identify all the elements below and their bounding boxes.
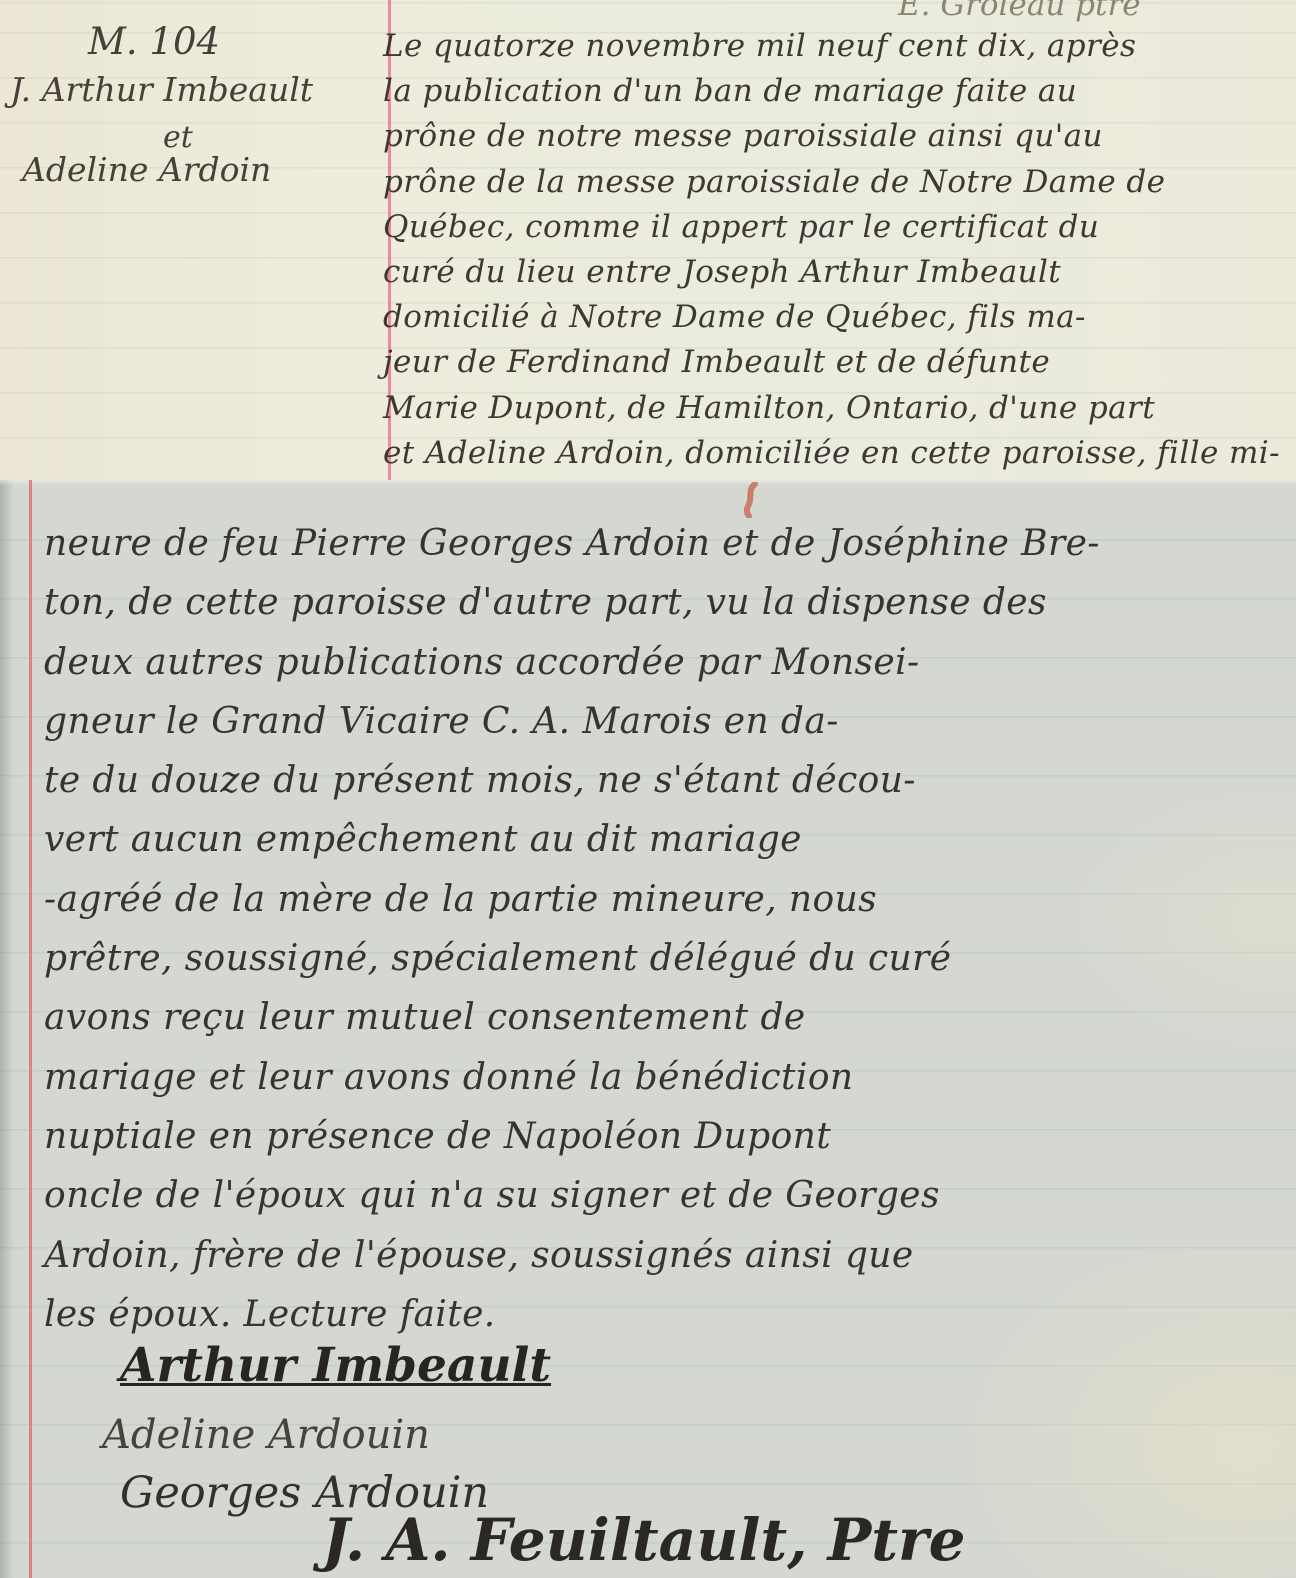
entry-line: prône de notre messe paroissiale ainsi q…	[383, 114, 1295, 159]
entry-line: -agréé de la mère de la partie mineure, …	[44, 870, 1284, 929]
entry-line: neure de feu Pierre Georges Ardoin et de…	[44, 514, 1284, 573]
register-section-bottom: neure de feu Pierre Georges Ardoin et de…	[0, 480, 1296, 1578]
entry-line: mariage et leur avons donné la bénédicti…	[44, 1048, 1284, 1107]
register-section-top: M. 104 J. Arthur Imbeault et Adeline Ard…	[0, 0, 1296, 480]
entry-line: la publication d'un ban de mariage faite…	[383, 69, 1295, 114]
entry-text-top: Le quatorze novembre mil neuf cent dix, …	[383, 24, 1295, 476]
entry-line: prêtre, soussigné, spécialement délégué …	[44, 929, 1284, 988]
entry-line: jeur de Ferdinand Imbeault et de défunte	[383, 340, 1295, 385]
entry-line: les époux. Lecture faite.	[44, 1285, 1284, 1344]
signature-groom: Arthur Imbeault	[120, 1338, 551, 1393]
entry-line: Marie Dupont, de Hamilton, Ontario, d'un…	[383, 386, 1295, 431]
entry-line: Québec, comme il appert par le certifica…	[383, 205, 1295, 250]
entry-line: nuptiale en présence de Napoléon Dupont	[44, 1107, 1284, 1166]
scan-seam	[0, 480, 1296, 485]
record-number: M. 104	[88, 20, 220, 63]
entry-line: gneur le Grand Vicaire C. A. Marois en d…	[44, 692, 1284, 751]
entry-line: Le quatorze novembre mil neuf cent dix, …	[383, 24, 1295, 69]
entry-line: deux autres publications accordée par Mo…	[44, 633, 1284, 692]
signature-priest: J. A. Feuiltault, Ptre	[322, 1506, 965, 1574]
entry-line: et Adeline Ardoin, domiciliée en cette p…	[383, 431, 1295, 476]
marriage-register-scan: M. 104 J. Arthur Imbeault et Adeline Ard…	[0, 0, 1296, 1578]
entry-line: Ardoin, frère de l'épouse, soussignés ai…	[44, 1226, 1284, 1285]
red-pen-mark	[738, 482, 764, 518]
margin-groom-name: J. Arthur Imbeault	[10, 70, 313, 109]
signature-bride: Adeline Ardouin	[102, 1412, 430, 1458]
entry-line: te du douze du présent mois, ne s'étant …	[44, 751, 1284, 810]
margin-bride-name: Adeline Ardoin	[22, 150, 271, 189]
entry-line: oncle de l'époux qui n'a su signer et de…	[44, 1166, 1284, 1225]
entry-line: prône de la messe paroissiale de Notre D…	[383, 160, 1295, 205]
entry-line: avons reçu leur mutuel consentement de	[44, 988, 1284, 1047]
entry-line: vert aucun empêchement au dit mariage	[44, 810, 1284, 869]
officiant-annotation: E. Groleau ptre	[898, 0, 1141, 23]
entry-line: domicilié à Notre Dame de Québec, fils m…	[383, 295, 1295, 340]
entry-text-bottom: neure de feu Pierre Georges Ardoin et de…	[44, 514, 1284, 1344]
entry-line: ton, de cette paroisse d'autre part, vu …	[44, 573, 1284, 632]
entry-line: curé du lieu entre Joseph Arthur Imbeaul…	[383, 250, 1295, 295]
margin-rule-red	[29, 480, 32, 1578]
